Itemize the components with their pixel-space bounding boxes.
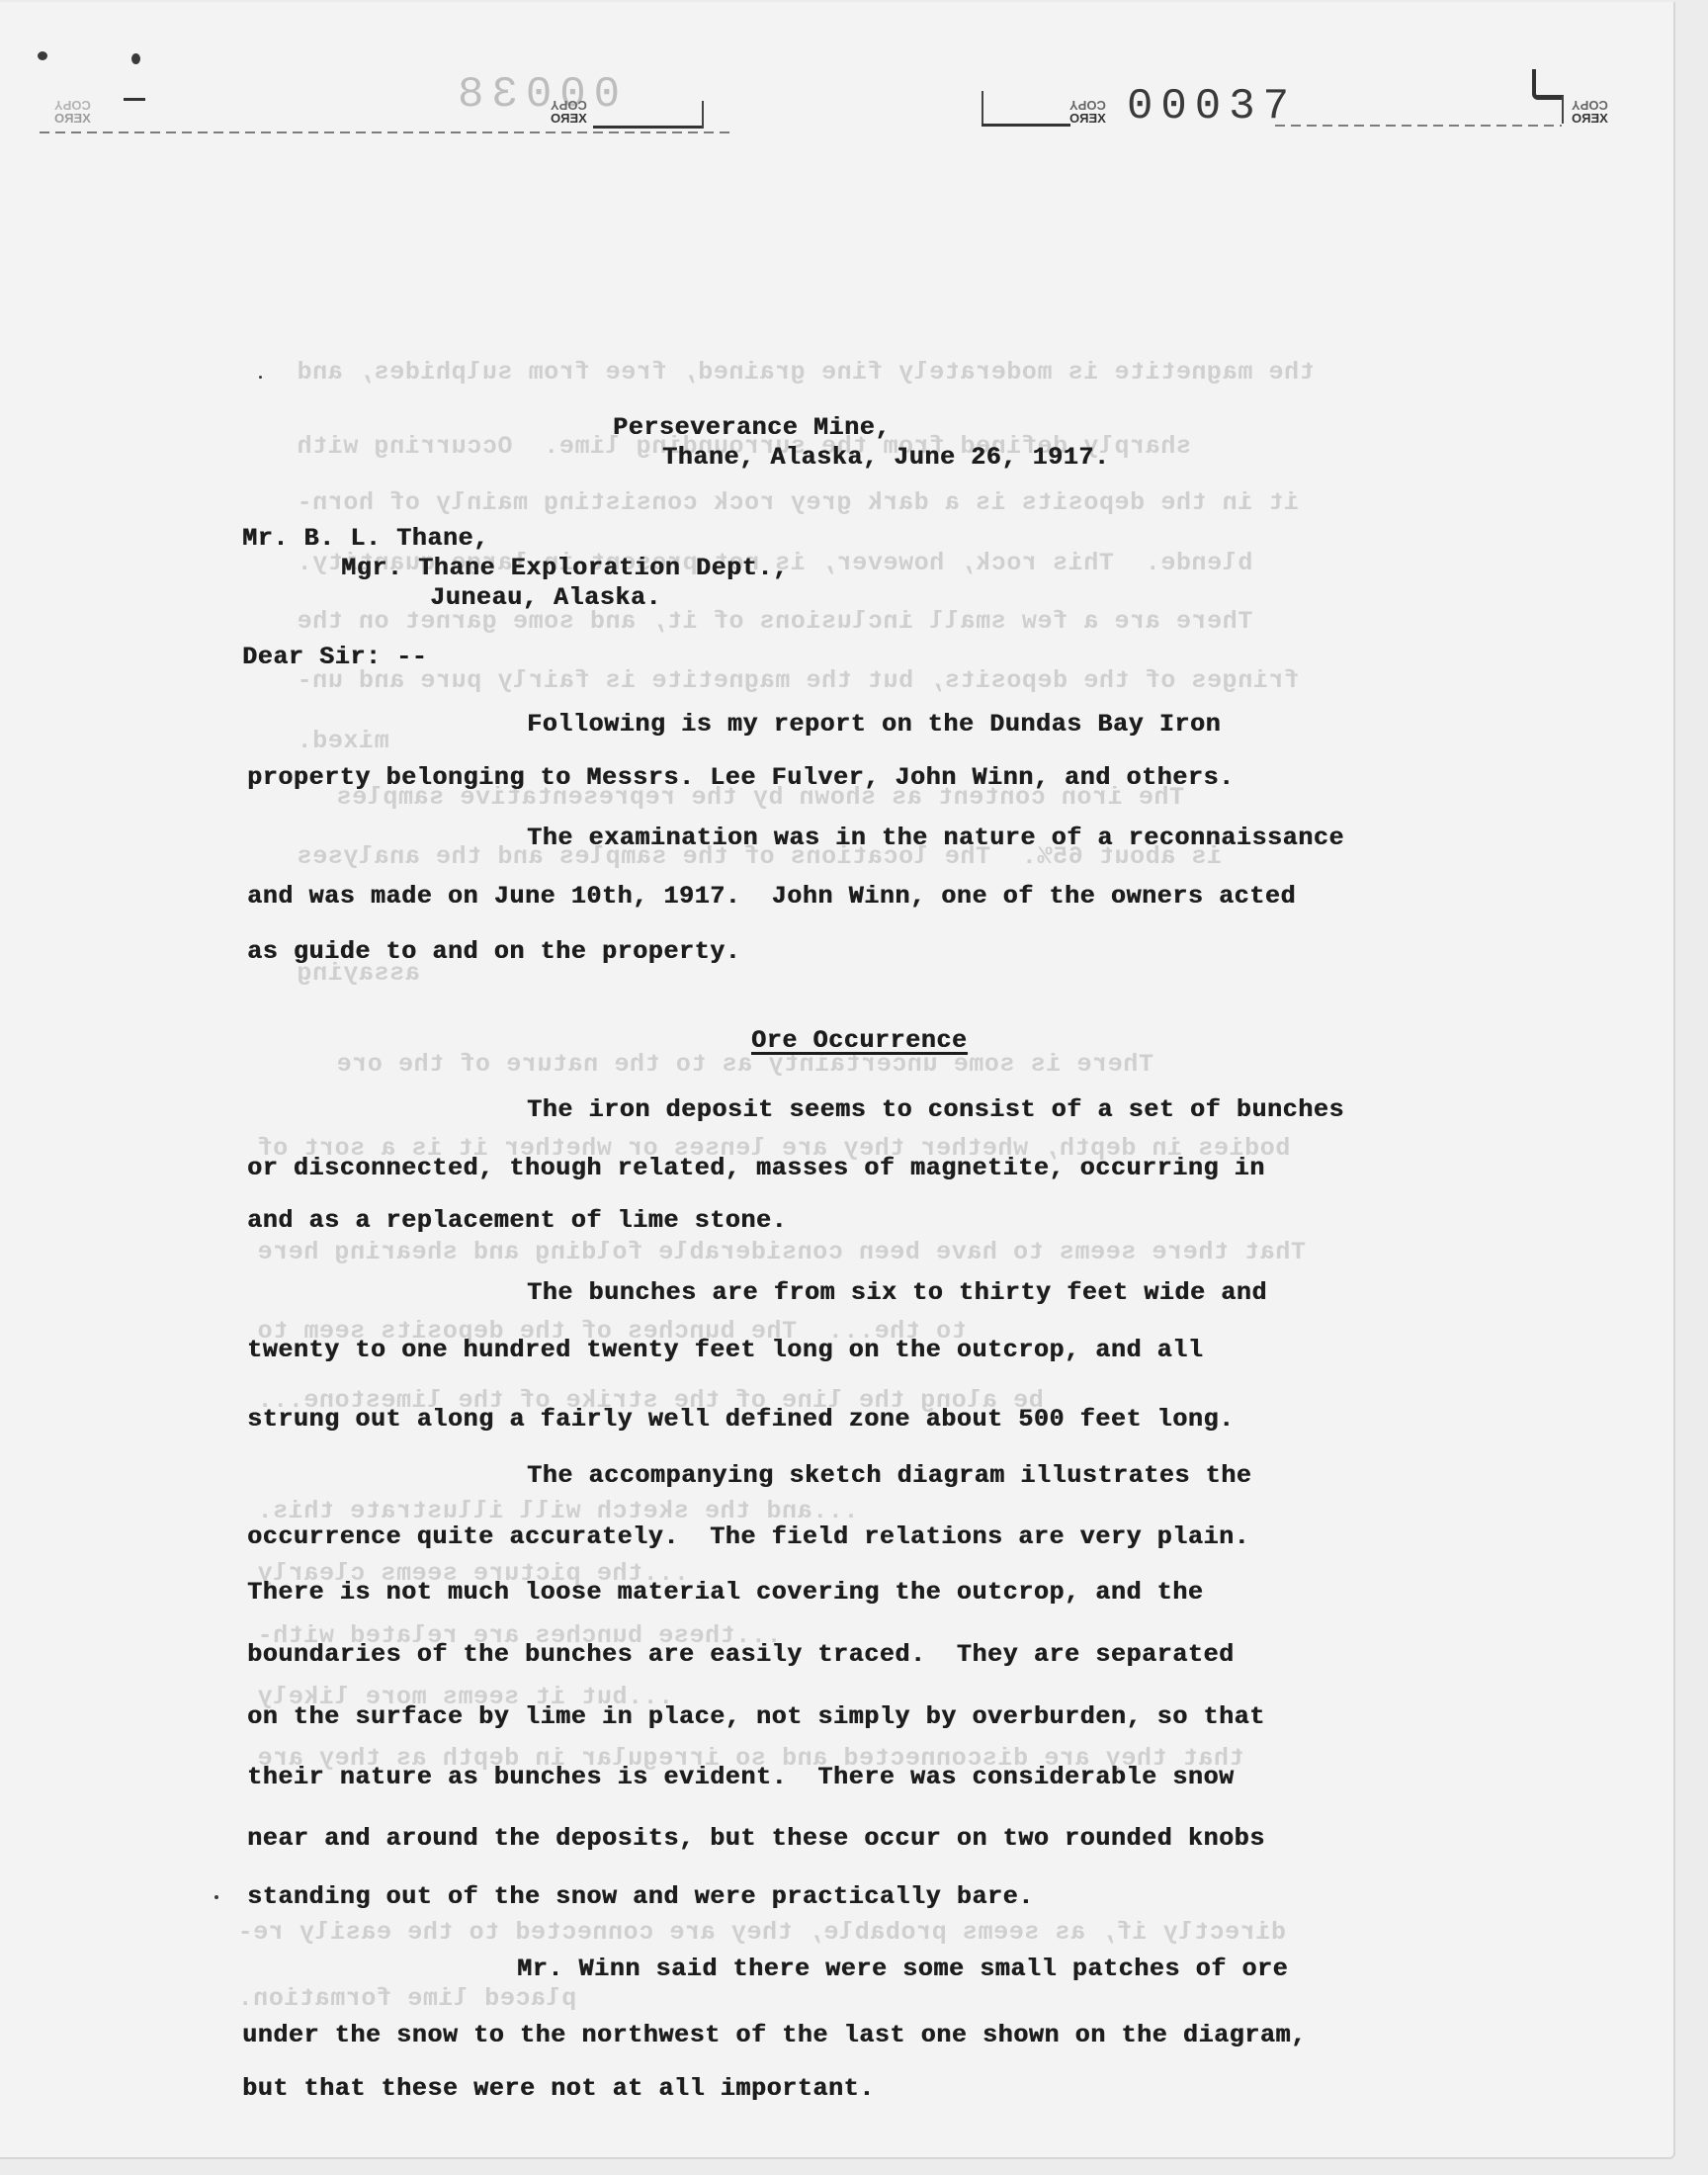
bates-number-ghost: 00038 — [450, 73, 620, 117]
body-line: on the surface by lime in place, not sim… — [247, 1702, 1265, 1732]
body-line: The bunches are from six to thirty feet … — [527, 1278, 1267, 1308]
salutation: Dear Sir: -- — [242, 643, 427, 672]
body-line: as guide to and on the property. — [247, 937, 740, 967]
body-line: The examination was in the nature of a r… — [527, 824, 1344, 853]
recipient-name: Mr. B. L. Thane, — [242, 524, 489, 554]
body-line: boundaries of the bunches are easily tra… — [247, 1640, 1235, 1670]
body-line: The iron deposit seems to consist of a s… — [527, 1095, 1344, 1125]
ink-speck — [214, 1895, 218, 1899]
section-heading-ore-occurrence: Ore Occurrence — [751, 1026, 967, 1056]
ink-speck — [131, 53, 140, 64]
copy-margin-tick — [1562, 96, 1564, 124]
sender-location-line1: Perseverance Mine, — [613, 413, 891, 443]
body-line: strung out along a fairly well defined z… — [247, 1405, 1235, 1435]
body-line: and as a replacement of lime stone. — [247, 1206, 787, 1236]
body-line: twenty to one hundred twenty feet long o… — [247, 1336, 1203, 1365]
bleed-line: the magnetite is moderately fine grained… — [297, 358, 1315, 387]
body-line: under the snow to the northwest of the l… — [242, 2021, 1307, 2050]
body-line: and was made on June 10th, 1917. John Wi… — [247, 882, 1296, 912]
body-line: property belonging to Messrs. Lee Fulver… — [247, 763, 1235, 793]
ink-speck — [259, 376, 262, 379]
bleed-line: mixed. — [297, 727, 389, 755]
copy-margin-line — [40, 131, 731, 133]
ink-speck — [38, 51, 47, 60]
bleed-line: placed lime formation. — [237, 1984, 576, 2013]
body-line: The accompanying sketch diagram illustra… — [527, 1461, 1251, 1491]
body-line: There is not much loose material coverin… — [247, 1578, 1203, 1608]
copy-corner-bracket — [1532, 69, 1564, 100]
body-line: standing out of the snow and were practi… — [247, 1882, 1034, 1912]
body-line: their nature as bunches is evident. Ther… — [247, 1763, 1235, 1792]
bleed-line: directly if, as seems probable, they are… — [237, 1918, 1286, 1947]
body-line: or disconnected, though related, masses … — [247, 1154, 1265, 1183]
bleed-line: fringes of the deposits, but the magneti… — [297, 666, 1299, 695]
body-line: near and around the deposits, but these … — [247, 1824, 1265, 1854]
body-line: Mr. Winn said there were some small patc… — [517, 1955, 1288, 1984]
bleed-line: There is some uncertainty as to the natu… — [336, 1050, 1153, 1079]
xero-copy-stamp-middle: COPY XERO — [1069, 99, 1106, 125]
bleed-line: That there seems to have been considerab… — [257, 1238, 1306, 1266]
bleed-line: ...and the sketch will illustrate this. — [257, 1497, 859, 1525]
bleed-line: it in the deposits is a dark grey rock c… — [297, 488, 1299, 517]
xero-copy-stamp: COPY XERO — [551, 99, 587, 125]
xero-copy-bottom: XERO — [551, 112, 587, 125]
copy-margin-line-solid — [982, 124, 1070, 127]
sender-location-date: Thane, Alaska, June 26, 1917. — [662, 443, 1109, 473]
recipient-title: Mgr. Thane Exploration Dept., — [341, 554, 788, 583]
xero-copy-stamp-left: COPY XERO — [54, 99, 91, 125]
copy-margin-tick — [982, 91, 983, 127]
xero-copy-stamp-right: COPY XERO — [1572, 99, 1608, 125]
recipient-city: Juneau, Alaska. — [430, 583, 661, 613]
bates-number: 00037 — [1127, 85, 1297, 129]
body-line: Following is my report on the Dundas Bay… — [527, 710, 1221, 739]
copy-margin-line-solid — [124, 98, 145, 101]
copy-margin-tick — [702, 101, 704, 129]
document-page: 00038 COPY XERO COPY XERO COPY XERO 0003… — [0, 2, 1675, 2159]
copy-margin-line — [1275, 125, 1562, 127]
body-line: but that these were not at all important… — [242, 2074, 875, 2104]
copy-margin-line-solid — [593, 126, 702, 129]
body-line: occurrence quite accurately. The field r… — [247, 1522, 1249, 1552]
